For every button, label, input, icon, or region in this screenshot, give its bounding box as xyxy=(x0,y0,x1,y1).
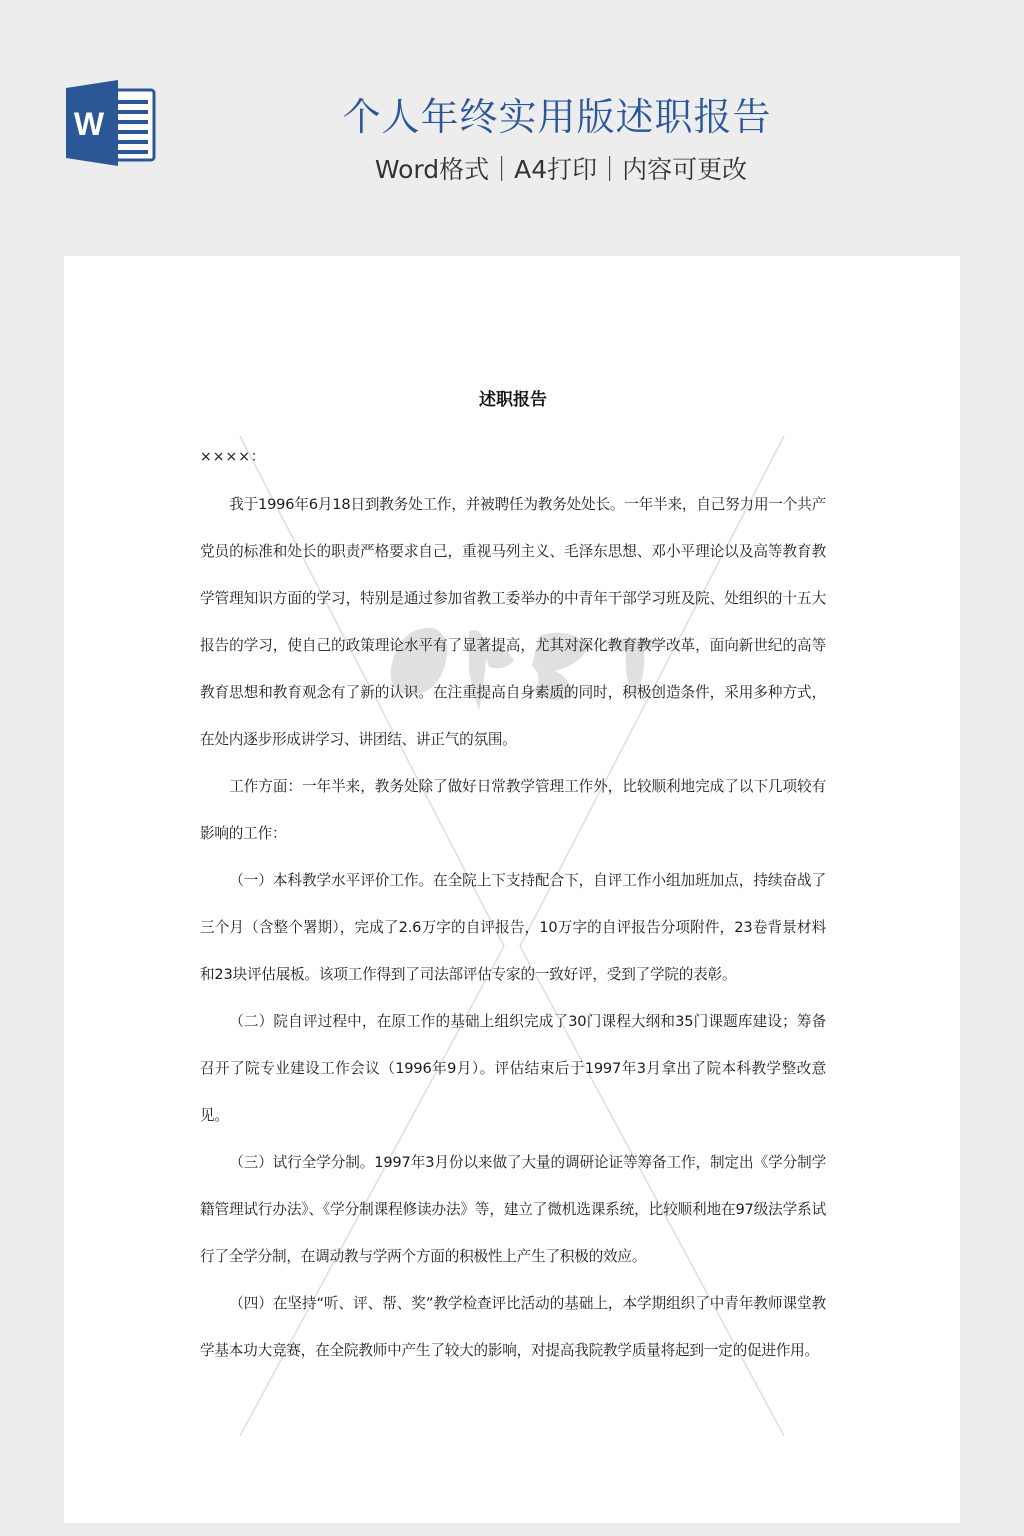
paragraph-item-1: （一）本科教学水平评价工作。在全院上下支持配合下，自评工作小组加班加点，持续奋战… xyxy=(200,857,826,998)
page-title: 个人年终实用版述职报告 xyxy=(0,92,1024,142)
paragraph-intro: 我于1996年6月18日到教务处工作，并被聘任为教务处处长。一年半来，自己努力用… xyxy=(200,481,826,763)
paragraph-item-3: （三）试行全学分制。1997年3月份以来做了大量的调研论证等筹备工作，制定出《学… xyxy=(200,1139,826,1280)
header-banner: W 个人年终实用版述职报告 Word格式｜A4打印｜内容可更改 xyxy=(0,0,1024,256)
paragraph-item-4: （四）在坚持“听、评、帮、奖”教学检查评比活动的基础上，本学期组织了中青年教师课… xyxy=(200,1280,826,1374)
document-body: 述职报告 ××××： 我于1996年6月18日到教务处工作，并被聘任为教务处处长… xyxy=(200,386,826,1374)
document-title: 述职报告 xyxy=(200,386,826,414)
page-subtitle: Word格式｜A4打印｜内容可更改 xyxy=(0,152,1024,188)
paragraph-item-2: （二）院自评过程中，在原工作的基础上组织完成了30门课程大纲和35门课题库建设；… xyxy=(200,998,826,1139)
salutation: ××××： xyxy=(200,434,826,481)
paragraph-work-overview: 工作方面：一年半来，教务处除了做好日常教学管理工作外，比较顺利地完成了以下几项较… xyxy=(200,763,826,857)
document-page: 述职报告 ××××： 我于1996年6月18日到教务处工作，并被聘任为教务处处长… xyxy=(64,256,960,1523)
